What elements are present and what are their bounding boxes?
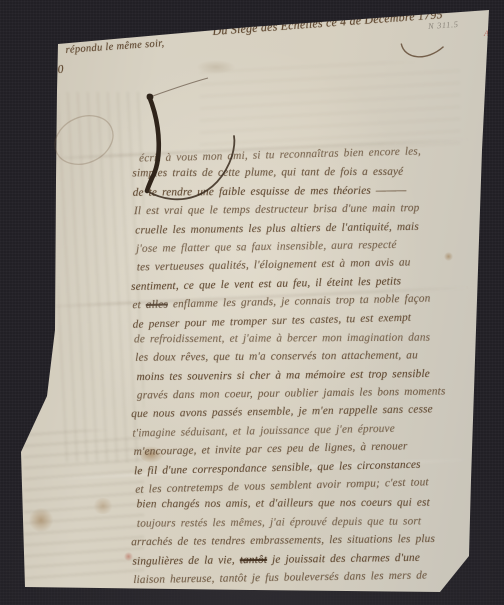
- line-text: singulières de la vie,: [132, 554, 240, 567]
- line-text: de refroidissement, et j'aime à bercer m…: [134, 331, 430, 345]
- received-note-line-2: répondu le même soir,: [65, 36, 165, 58]
- bleedthrough-writing-left: [58, 92, 144, 462]
- line-text: moins tes souvenirs si cher à ma mémoire…: [136, 368, 429, 383]
- letter-line: simples traits de cette plume, qui tant …: [132, 166, 478, 186]
- archival-pencil-note: N 311.5: [428, 19, 459, 31]
- received-note: reçu le 17 Décembre, répondu le même soi…: [64, 21, 165, 58]
- bleedthrough-writing-top: [200, 62, 460, 154]
- letter-body: écrit à vous mon ami, si tu reconnaîtras…: [133, 146, 485, 593]
- struck-word: tantôt: [240, 553, 267, 565]
- number-note: 90: [51, 64, 64, 77]
- line-text: écrit à vous mon ami, si tu reconnaîtras…: [139, 145, 421, 164]
- line-text: arrachés de tes tendres embrassements, l…: [131, 533, 435, 548]
- line-text: les doux rêves, que tu m'a conservés ton…: [135, 350, 418, 364]
- line-text: gravés dans mon coeur, pour oublier jama…: [137, 386, 446, 402]
- scanned-letter-photo: reçu le 17 Décembre, répondu le même soi…: [0, 0, 504, 605]
- stain: [28, 508, 54, 532]
- bleedthrough-writing-bottom-left: [24, 430, 144, 580]
- struck-word: alles: [145, 299, 167, 312]
- line-text: simples traits de cette plume, qui tant …: [132, 166, 403, 180]
- letter-paper: reçu le 17 Décembre, répondu le même soi…: [0, 0, 504, 605]
- letter-line: bien changés nos amis, et d'ailleurs que…: [136, 497, 483, 517]
- stain: [92, 498, 114, 514]
- archival-red-mark: A: [484, 29, 489, 38]
- line-text: Il est vrai que le temps destructeur bri…: [134, 202, 420, 217]
- line-text: bien changés nos amis, et d'ailleurs que…: [136, 497, 429, 511]
- line-text: et: [132, 299, 146, 311]
- line-text: de te rendre une faible esquisse de mes …: [133, 184, 407, 198]
- stain: [196, 60, 236, 74]
- line-text: je jouissait des charmes d'une: [267, 551, 420, 565]
- line-text: toujours restés les mêmes, j'ai éprouvé …: [137, 515, 421, 529]
